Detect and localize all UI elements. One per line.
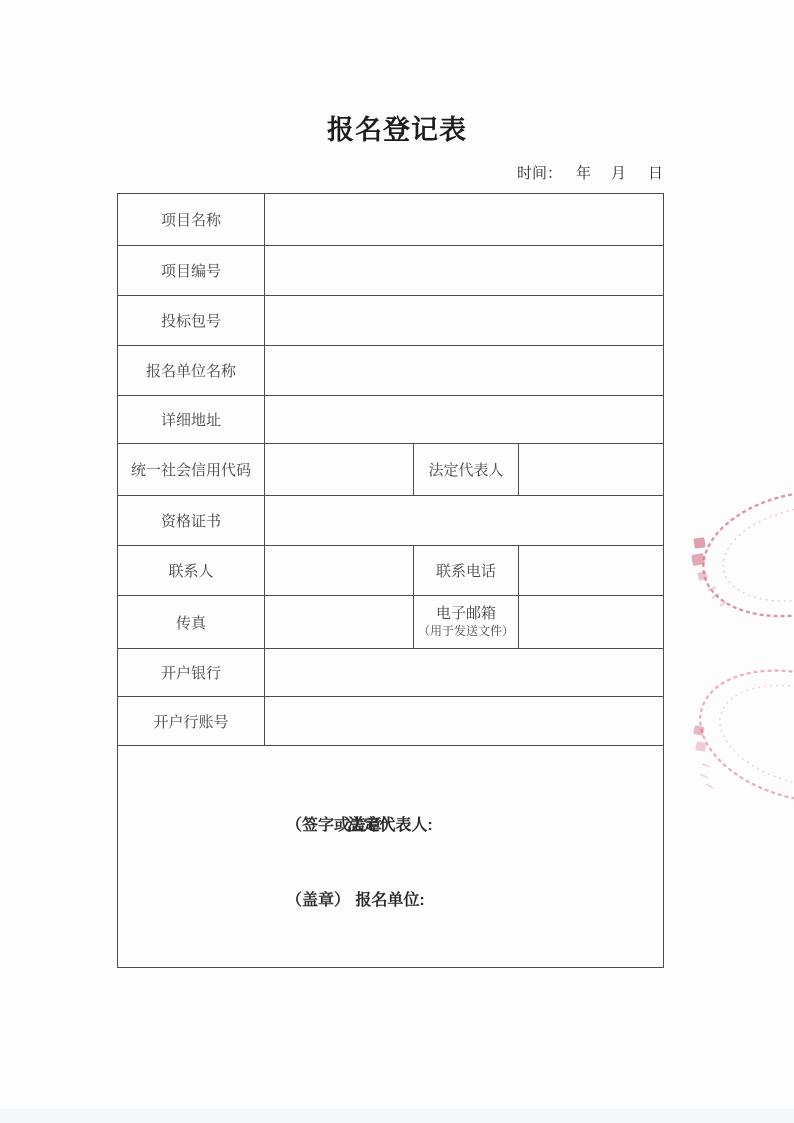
- legal-rep-signature-note: （签字或盖章）: [286, 812, 398, 835]
- table-row: 项目名称: [118, 194, 664, 246]
- unit-seal-line: 报名单位: （盖章）: [120, 887, 660, 910]
- applicant-unit-name-value-cell: [265, 346, 664, 396]
- table-row: 统一社会信用代码 法定代表人: [118, 444, 664, 496]
- page-title: 报名登记表: [0, 108, 794, 147]
- qualification-cert-value-cell: [265, 496, 664, 546]
- red-seal-stamp-lower-icon: [672, 668, 794, 808]
- applicant-unit-name-label: 报名单位名称: [118, 346, 265, 396]
- project-name-value-cell: [265, 194, 664, 246]
- bank-account-value-cell: [265, 697, 664, 746]
- email-label-cell: 电子邮箱 （用于发送文件）: [414, 596, 519, 649]
- qualification-cert-label: 资格证书: [118, 496, 265, 546]
- contact-phone-label: 联系电话: [414, 546, 519, 596]
- scanned-form-page: 报名登记表 时间：年月日 项目名称 项目编号 投标包号 报名单位名称 详细地址 …: [0, 0, 794, 1123]
- project-number-value-cell: [265, 246, 664, 296]
- unit-seal-label: 报名单位:: [355, 892, 424, 909]
- project-name-label: 项目名称: [118, 194, 265, 246]
- email-value-cell: [519, 596, 664, 649]
- bank-value-cell: [265, 649, 664, 697]
- bid-package-label: 投标包号: [118, 296, 265, 346]
- fax-value-cell: [265, 596, 414, 649]
- date-day-label: 日: [648, 165, 663, 182]
- signature-section-cell: 法定代表人: （签字或盖章） 报名单位: （盖章）: [118, 746, 664, 968]
- legal-rep-label: 法定代表人: [414, 444, 519, 496]
- email-label: 电子邮箱: [436, 605, 496, 622]
- red-seal-stamp-upper-icon: [678, 490, 794, 622]
- table-row: 传真 电子邮箱 （用于发送文件）: [118, 596, 664, 649]
- table-row: 开户银行: [118, 649, 664, 697]
- contact-person-value-cell: [265, 546, 414, 596]
- scan-edge-shade: [0, 1109, 794, 1123]
- table-row: 项目编号: [118, 246, 664, 296]
- table-row: 详细地址: [118, 396, 664, 444]
- date-year-label: 年: [576, 165, 591, 182]
- date-label: 时间：: [517, 165, 562, 182]
- credit-code-value-cell: [265, 444, 414, 496]
- table-row: 法定代表人: （签字或盖章） 报名单位: （盖章）: [118, 746, 664, 968]
- credit-code-label: 统一社会信用代码: [118, 444, 265, 496]
- bank-label: 开户银行: [118, 649, 265, 697]
- table-row: 报名单位名称: [118, 346, 664, 396]
- table-row: 开户行账号: [118, 697, 664, 746]
- contact-person-label: 联系人: [118, 546, 265, 596]
- fax-label: 传真: [118, 596, 265, 649]
- table-row: 资格证书: [118, 496, 664, 546]
- contact-phone-value-cell: [519, 546, 664, 596]
- bank-account-label: 开户行账号: [118, 697, 265, 746]
- legal-rep-value-cell: [519, 444, 664, 496]
- date-line: 时间：年月日: [517, 162, 663, 183]
- legal-rep-signature-line: 法定代表人: （签字或盖章）: [120, 812, 660, 835]
- table-row: 联系人 联系电话: [118, 546, 664, 596]
- unit-seal-note: （盖章）: [286, 887, 350, 910]
- date-month-label: 月: [611, 165, 626, 182]
- table-row: 投标包号: [118, 296, 664, 346]
- bid-package-value-cell: [265, 296, 664, 346]
- email-note: （用于发送文件）: [414, 624, 518, 639]
- project-number-label: 项目编号: [118, 246, 265, 296]
- registration-form-table: 项目名称 项目编号 投标包号 报名单位名称 详细地址 统一社会信用代码 法定代表…: [117, 193, 664, 968]
- detailed-address-value-cell: [265, 396, 664, 444]
- detailed-address-label: 详细地址: [118, 396, 265, 444]
